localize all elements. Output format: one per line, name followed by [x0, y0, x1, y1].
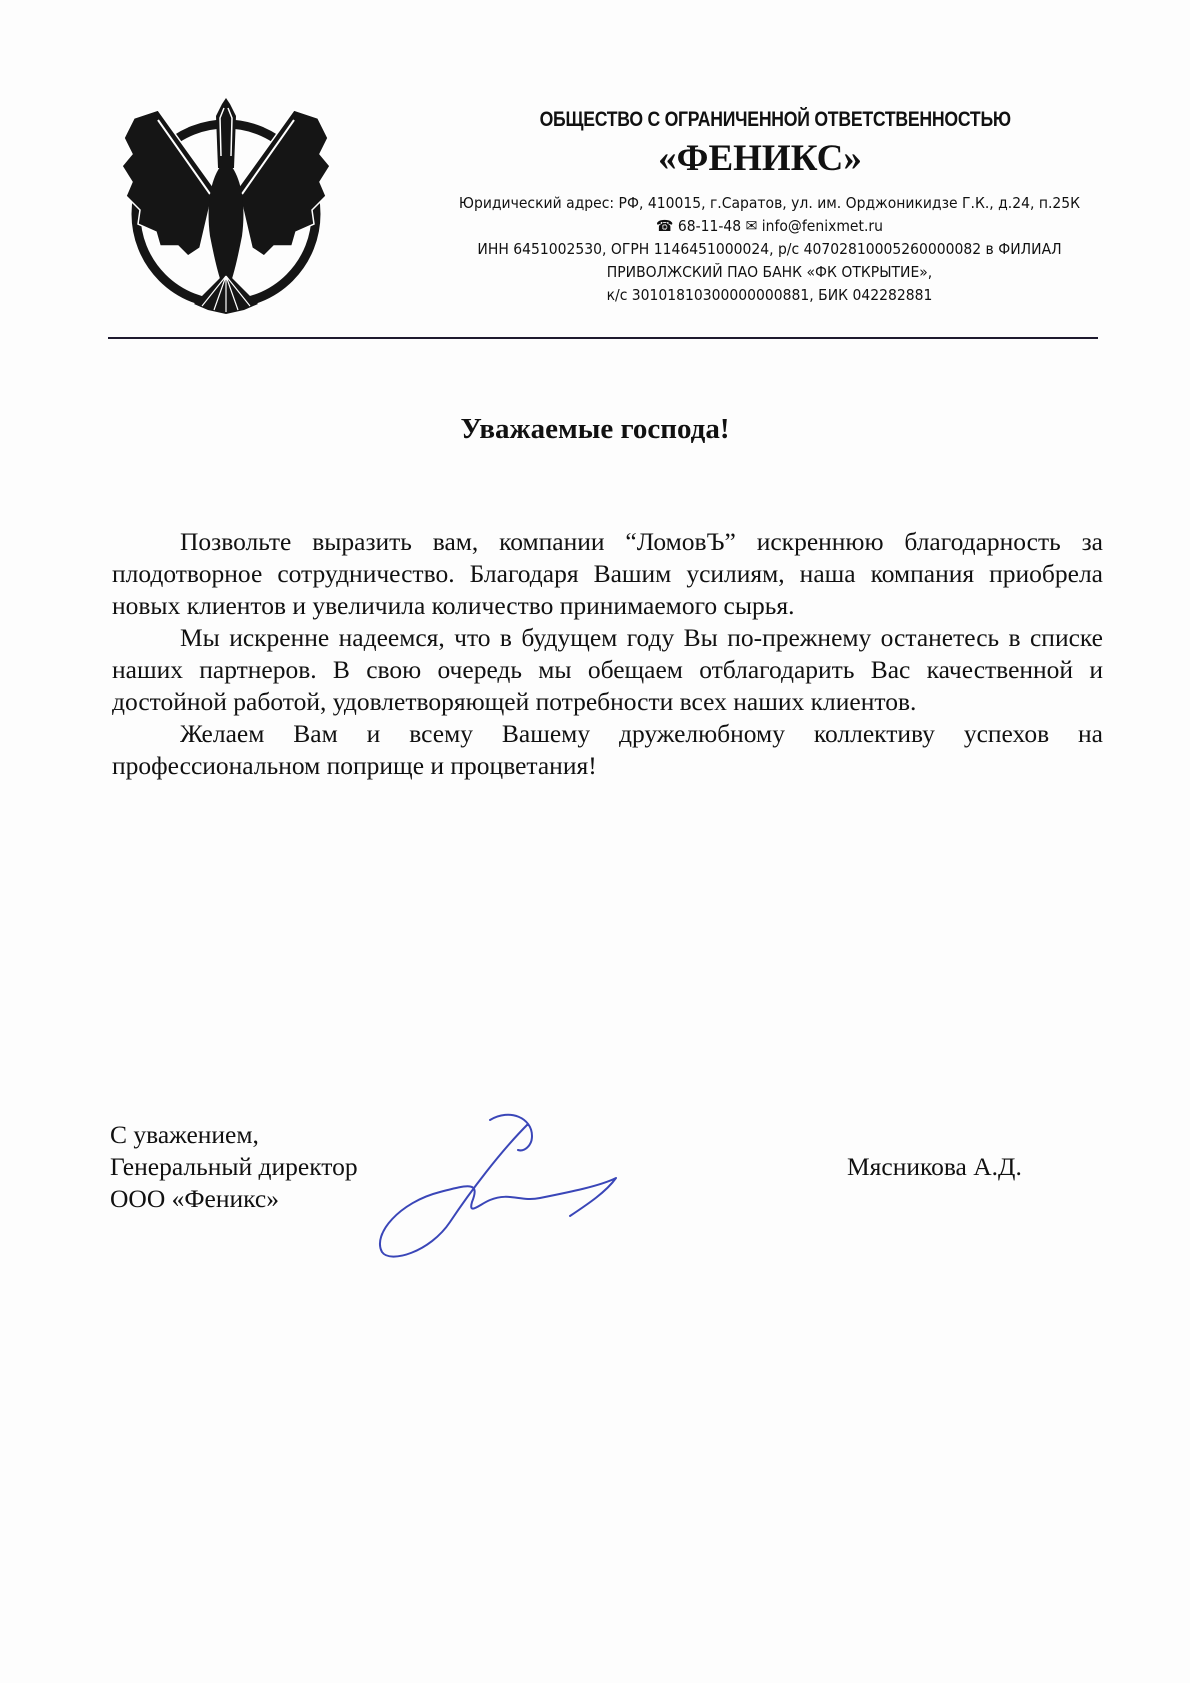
phone-number: 68-11-48 — [678, 217, 741, 235]
body-paragraph: Мы искренне надеемся, что в будущем году… — [112, 622, 1103, 718]
closing-block: С уважением, Генеральный директор ООО «Ф… — [110, 1119, 358, 1215]
phone-icon: ☎ — [656, 217, 673, 235]
requisites-line-1: ИНН 6451002530, ОГРН 1146451000024, р/с … — [383, 238, 1157, 261]
header-divider — [108, 337, 1098, 339]
requisites-line-2: ПРИВОЛЖСКИЙ ПАО БАНК «ФК ОТКРЫТИЕ», — [383, 261, 1157, 284]
requisites-line-3: к/с 30101810300000000881, БИК 042282881 — [383, 284, 1157, 307]
greeting-heading: Уважаемые господа! — [0, 413, 1190, 446]
address-label: Юридический адрес: — [459, 194, 614, 212]
closing-company: ООО «Феникс» — [110, 1183, 358, 1215]
address-value: РФ, 410015, г.Саратов, ул. им. Орджоники… — [619, 194, 1081, 212]
envelope-icon: ✉ — [746, 217, 758, 235]
letter-page: ОБЩЕСТВО С ОГРАНИЧЕННОЙ ОТВЕТСТВЕННОСТЬЮ… — [0, 0, 1190, 1683]
letterhead-details: Юридический адрес: РФ, 410015, г.Саратов… — [383, 192, 1157, 307]
closing-position: Генеральный директор — [110, 1151, 358, 1183]
org-type: ОБЩЕСТВО С ОГРАНИЧЕННОЙ ОТВЕТСТВЕННОСТЬЮ — [414, 108, 1136, 132]
letter-body: Позвольте выразить вам, компании “ЛомовЪ… — [112, 526, 1103, 782]
address-line: Юридический адрес: РФ, 410015, г.Саратов… — [383, 192, 1157, 215]
signer-name: Мясникова А.Д. — [847, 1151, 1022, 1183]
closing-salutation: С уважением, — [110, 1119, 358, 1151]
body-paragraph: Желаем Вам и всему Вашему дружелюбному к… — [112, 718, 1103, 782]
phoenix-logo-icon — [118, 96, 334, 314]
org-name: «ФЕНИКС» — [330, 137, 1190, 180]
contact-line: ☎ 68-11-48 ✉ info@fenixmet.ru — [383, 215, 1157, 238]
signature-icon — [360, 1112, 660, 1262]
body-paragraph: Позвольте выразить вам, компании “ЛомовЪ… — [112, 526, 1103, 622]
email-address: info@fenixmet.ru — [762, 217, 883, 235]
